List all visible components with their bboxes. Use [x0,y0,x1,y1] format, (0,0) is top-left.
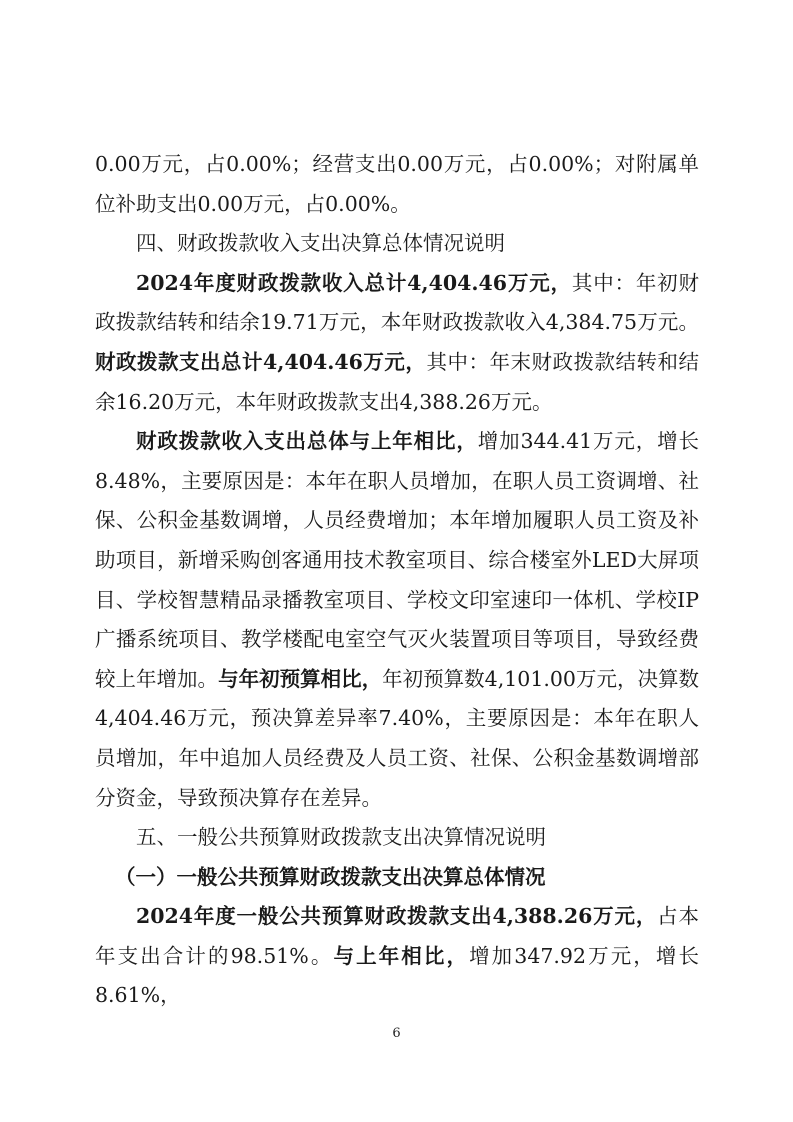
paragraph-text: 0.00万元，占0.00%；经营支出0.00万元，占0.00%；对附属单位补助支… [95,152,699,216]
heading-text: 五、一般公共预算财政拨款支出决算情况说明 [136,825,546,849]
bold-lead-income-total: 2024年度财政拨款收入总计4,404.46万元， [136,271,572,295]
document-page: 0.00万元，占0.00%；经营支出0.00万元，占0.00%；对附属单位补助支… [0,0,793,1122]
page-number: 6 [0,1026,793,1041]
paragraph-general-budget: 2024年度一般公共预算财政拨款支出4,388.26万元，占本年支出合计的98.… [95,897,699,1016]
bold-lead-expense-total: 财政拨款支出总计4,404.46万元， [95,350,426,374]
section-heading-5: 五、一般公共预算财政拨款支出决算情况说明 [95,818,699,858]
paragraph-text: 增加344.41万元，增长8.48%，主要原因是：本年在职人员增加，在职人员工资… [95,429,699,691]
bold-lead-general-budget-expense: 2024年度一般公共预算财政拨款支出4,388.26万元， [136,904,657,928]
bold-lead-budget-comparison: 与年初预算相比， [218,667,382,691]
paragraph-expense-breakdown-continued: 0.00万元，占0.00%；经营支出0.00万元，占0.00%；对附属单位补助支… [95,145,699,224]
bold-lead-year-comparison: 与上年相比， [333,944,469,968]
paragraph-fiscal-comparison: 财政拨款收入支出总体与上年相比，增加344.41万元，增长8.48%，主要原因是… [95,422,699,818]
heading-text: （一）一般公共预算财政拨款支出决算总体情况 [115,865,546,889]
heading-text: 四、财政拨款收入支出决算总体情况说明 [136,231,505,255]
bold-lead-year-comparison: 财政拨款收入支出总体与上年相比， [136,429,478,453]
document-body: 0.00万元，占0.00%；经营支出0.00万元，占0.00%；对附属单位补助支… [95,145,699,1016]
section-heading-4: 四、财政拨款收入支出决算总体情况说明 [95,224,699,264]
paragraph-fiscal-total: 2024年度财政拨款收入总计4,404.46万元，其中：年初财政拨款结转和结余1… [95,264,699,422]
subsection-heading-5-1: （一）一般公共预算财政拨款支出决算总体情况 [95,858,699,898]
